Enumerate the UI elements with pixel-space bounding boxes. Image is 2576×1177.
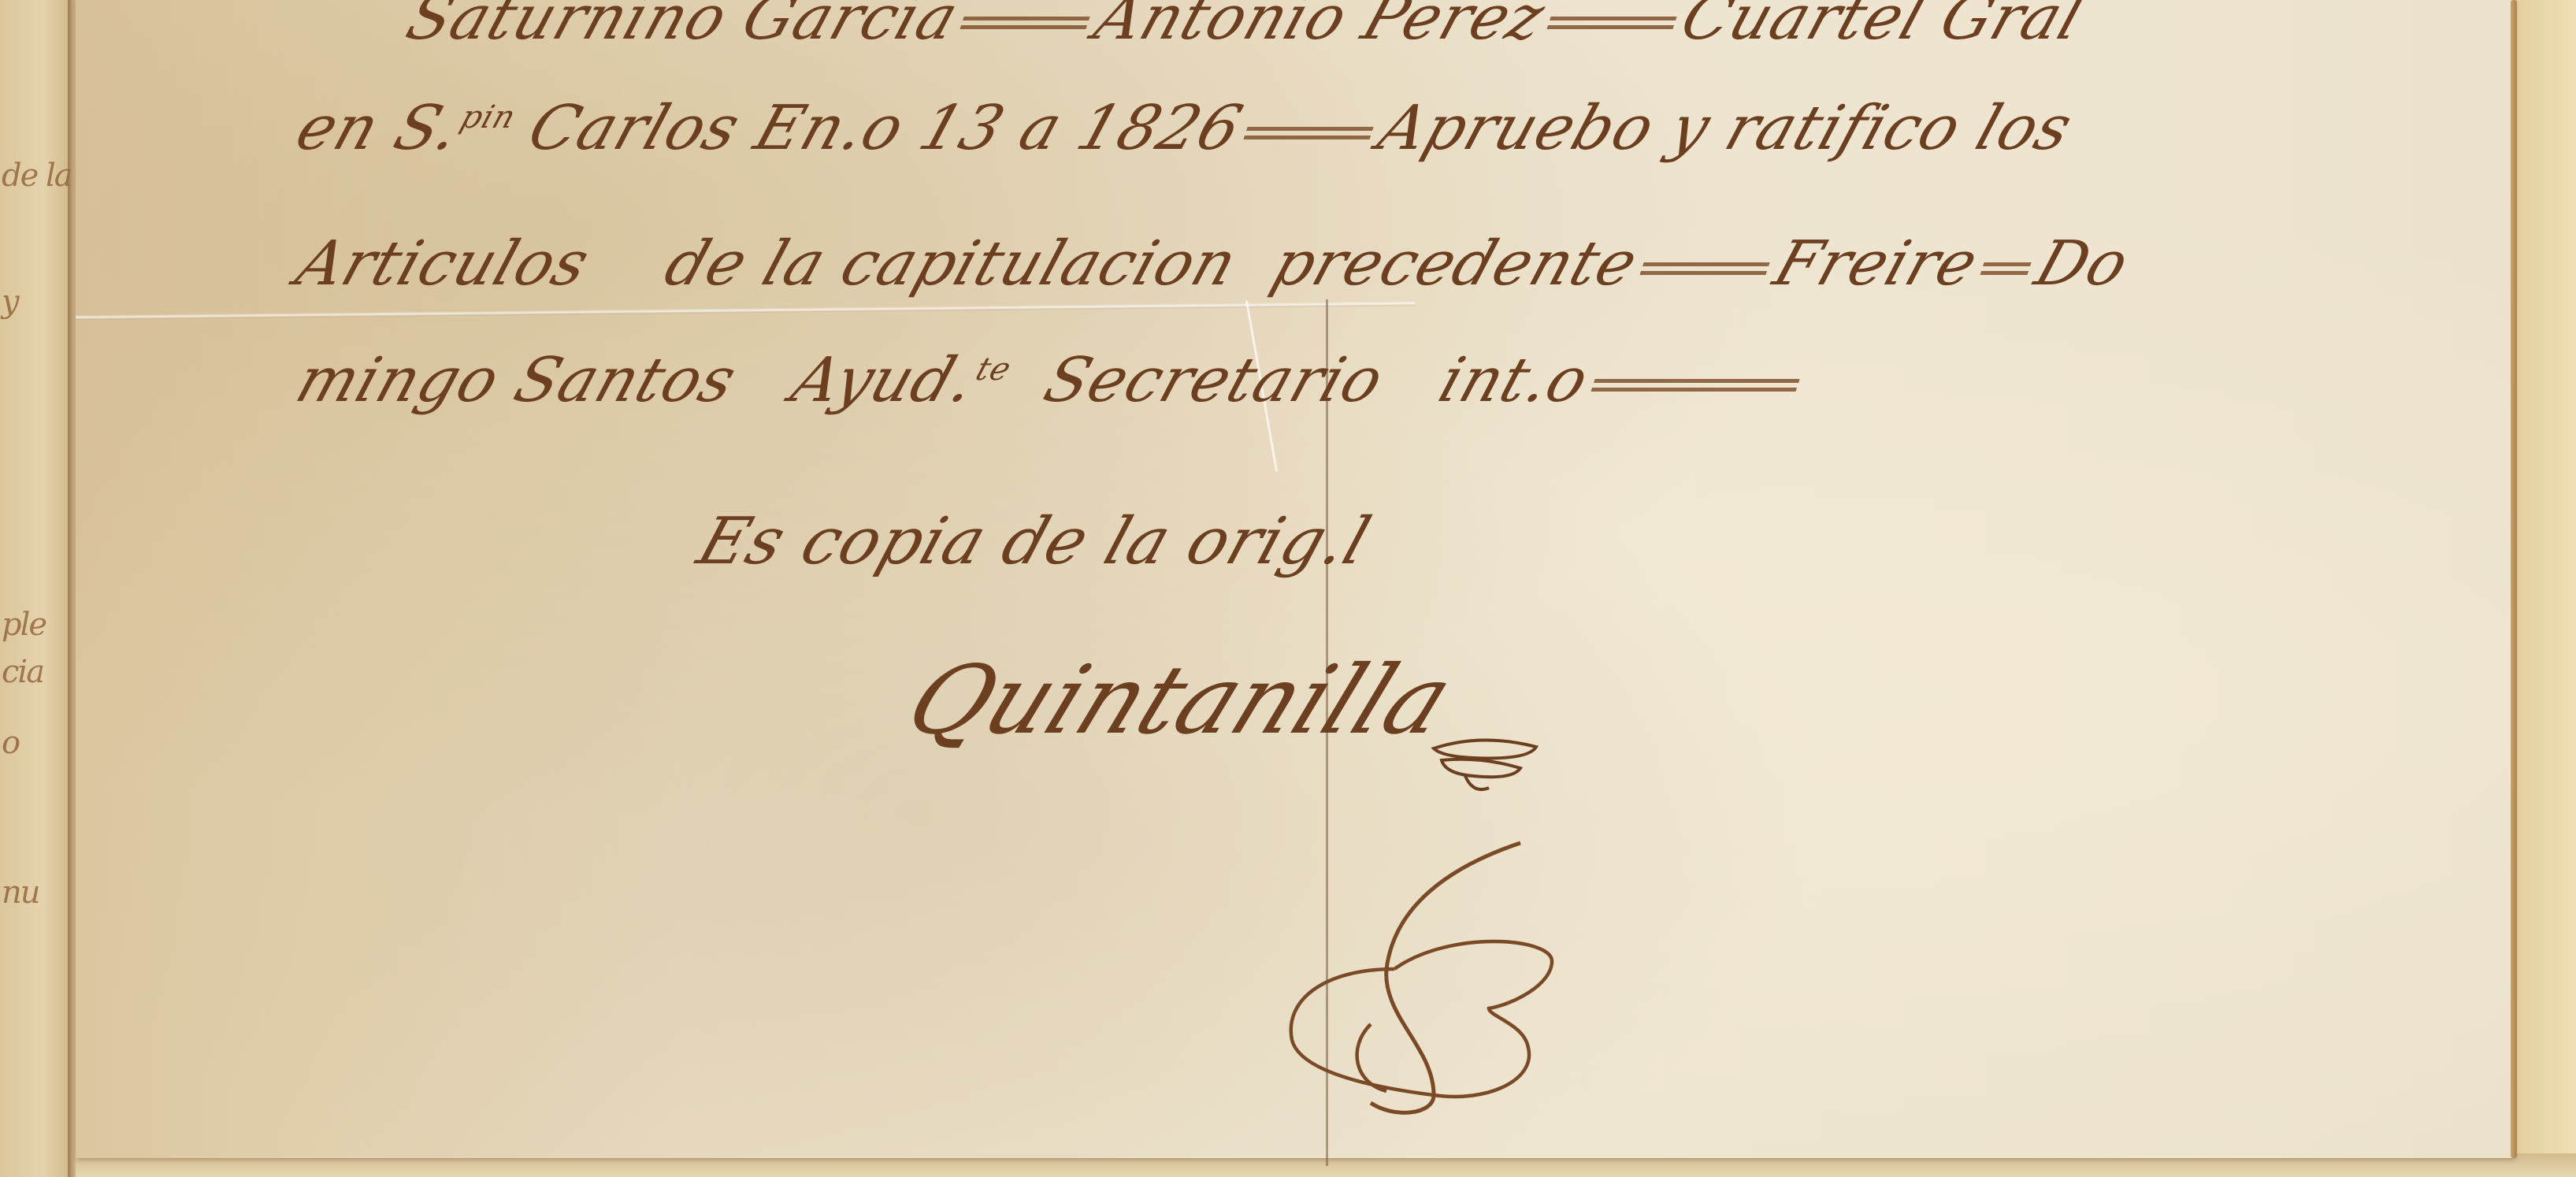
approval-phrase: Apruebo y ratifico los bbox=[1370, 93, 2081, 164]
superscript-pin: pin bbox=[456, 99, 521, 136]
text-line-3: Articulos de la capitulacion precedenteF… bbox=[288, 228, 2137, 299]
text-line-2: en S.pin Carlos En.o 13 a 1826Apruebo y … bbox=[288, 93, 2080, 164]
phrase-capitulacion: de la capitulacion bbox=[656, 228, 1245, 299]
left-facing-page: de la y ple cia o nu bbox=[0, 0, 72, 1177]
certification-line: Es copia de la orig.l bbox=[689, 504, 1380, 579]
double-dash bbox=[1244, 127, 1374, 139]
text-line-1: Saturnino GarciaAntonio PerezCuartel Gra… bbox=[398, 0, 2092, 54]
word-precedente: precedente bbox=[1264, 228, 1646, 299]
signature-quintanilla: Quintanilla bbox=[892, 646, 1468, 756]
margin-fragment: o bbox=[2, 725, 19, 761]
name-domingo-santos: mingo Santos bbox=[288, 345, 745, 416]
name-saturnino-garcia: Saturnino Garcia bbox=[398, 0, 967, 54]
double-dash bbox=[1591, 379, 1799, 392]
margin-fragment: cia bbox=[2, 654, 43, 690]
word-articulos: Articulos bbox=[288, 228, 598, 299]
word-interino: int.o bbox=[1431, 345, 1598, 416]
double-dash bbox=[1639, 262, 1769, 275]
name-freire: Freire bbox=[1765, 228, 1987, 299]
word-ayudante: Ayud. bbox=[783, 345, 985, 416]
place-prefix: en S. bbox=[288, 93, 470, 164]
margin-fragment: ple bbox=[2, 607, 46, 643]
cuartel-general: Cuartel Gral bbox=[1672, 0, 2092, 54]
name-antonio-perez: Antonio Perez bbox=[1086, 0, 1554, 54]
rubric-monogram-icon bbox=[1253, 811, 1615, 1127]
right-binding-edge bbox=[2513, 0, 2576, 1177]
double-dash bbox=[1546, 17, 1676, 29]
signature-flourish-icon bbox=[1426, 733, 1544, 796]
margin-fragment: de la bbox=[2, 158, 72, 194]
margin-fragment: nu bbox=[2, 874, 39, 911]
dash bbox=[1980, 262, 2031, 275]
word-secretario: Secretario bbox=[1036, 345, 1393, 416]
place-date: Carlos En.o 13 a 1826 bbox=[520, 93, 1251, 164]
text-line-4: mingo Santos Ayud.te Secretario int.o bbox=[288, 345, 1818, 416]
double-dash bbox=[960, 17, 1090, 29]
margin-fragment: y bbox=[2, 284, 18, 320]
